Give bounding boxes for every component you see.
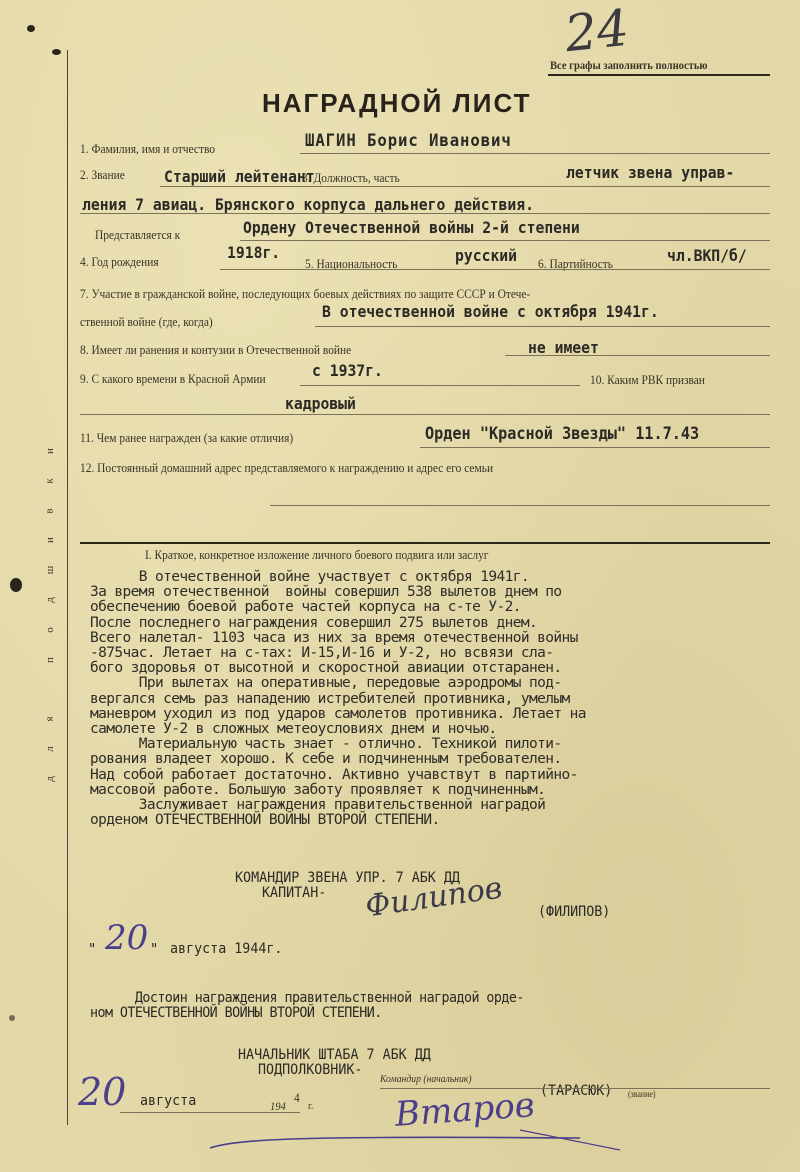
field-1-value-full-name: ШАГИН Борис Иванович [305,131,512,151]
field-1-line [300,153,770,154]
merit-line: вергался семь раз нападению истребителей… [90,692,780,707]
field-3-cont-line [80,213,770,214]
field-3-label: 3. Должность, часть [302,170,400,186]
field-8-line [505,355,770,356]
punch-hole [27,25,35,32]
field-8-label: 8. Имеет ли ранения и контузии в Отечест… [80,342,351,358]
field-9-label: 9. С какого времени в Красной Армии [80,371,266,387]
field-7-label-continued: ственной войне (где, когда) [80,314,213,330]
merit-line: После последнего награждения совершил 27… [90,616,780,631]
merit-line: орденом ОТЕЧЕСТВЕННОЙ ВОЙНЫ ВТОРОЙ СТЕПЕ… [90,813,780,828]
field-11-line [420,447,770,448]
notice-underline [548,74,770,76]
chief-of-staff-position: НАЧАЛЬНИК ШТАБА 7 АБК ДД [238,1047,431,1063]
award-sheet-page: иквишдоп ялд 24 Все графы заполнить полн… [0,0,800,1172]
field-11-value-prior-awards: Орден "Красной Звезды" 11.7.43 [425,424,699,443]
merit-line: Материальную часть знает - отлично. Техн… [90,737,780,752]
punch-hole [9,1015,15,1021]
section-1-heading: I. Краткое, конкретное изложение личного… [145,547,488,563]
commander-rank: КАПИТАН- [262,885,326,901]
merit-line: При вылетах на оперативные, передовые аэ… [90,676,780,691]
binding-margin-label: иквишдоп ялд [40,445,60,785]
merit-line: самолете У-2 в сложных метеоусловиях дне… [90,722,780,737]
field-9-value-army-since: с 1937г. [312,361,383,380]
field-2-label: 2. Звание [80,167,125,183]
page-number: 24 [562,0,631,63]
date-2-year-prefix: 194 [270,1099,286,1114]
field-3-value-position: летчик звена управ- [566,163,734,182]
conclusion-line: ном ОТЕЧЕСТВЕННОЙ ВОЙНЫ ВТОРОЙ СТЕПЕНИ. [90,1005,382,1021]
field-1-label: 1. Фамилия, имя и отчество [80,141,215,157]
section-divider [80,542,770,544]
punch-hole [52,49,61,55]
date-2-year-g: г. [308,1100,313,1112]
date-2-year-suffix: 4 [294,1090,300,1106]
chief-of-staff-name: (ТАРАСЮК) [540,1083,612,1099]
merit-line: обеспечению боевой работе частей корпуса… [90,600,780,615]
punch-hole [10,578,22,592]
presented-label: Представляется к [95,227,180,243]
field-7-value-war-participation: В отечественной войне с октября 1941г. [322,302,659,321]
field-12-label: 12. Постоянный домашний адрес представля… [80,460,493,476]
document-title: НАГРАДНОЙ ЛИСТ [262,88,531,119]
merit-line: маневром уходил из под ударов самолетов … [90,707,780,722]
merit-line: бого здоровья от высотной и скоростной а… [90,661,780,676]
date-1-open-quote: " [88,940,96,958]
commander-name: (ФИЛИПОВ) [538,904,610,920]
merit-description: В отечественной войне участвует с октябр… [90,570,780,828]
binding-margin-line [67,50,68,1125]
merit-line: рования владеет хорошо. К себе и подчине… [90,752,780,767]
signature-2-line [380,1088,770,1089]
merit-line: массовой работе. Большую заботу проявляе… [90,783,780,798]
field-11-label: 11. Чем ранее награжден (за какие отличи… [80,430,293,446]
merit-line: Всего налетал- 1103 часа из них за время… [90,631,780,646]
field-10-label: 10. Каким РВК призван [590,372,705,388]
date-1-close-quote: " [150,940,158,958]
presented-value-award: Ордену Отечественной войны 2-й степени [243,218,580,237]
field-4-label: 4. Год рождения [80,254,159,270]
merit-line: За время отечественной войны совершил 53… [90,585,780,600]
date-1-month-year: августа 1944г. [170,941,282,957]
signature-flourish [200,1120,640,1160]
field-9-line [300,385,580,386]
field-10-value-conscription: кадровый [285,394,356,413]
field-6-value-party: чл.ВКП/б/ [667,246,747,265]
field-2-value-rank: Старший лейтенант [164,167,315,186]
presented-line [240,240,770,241]
field-10-line [80,414,770,415]
date-2-month: августа [140,1093,196,1109]
field-5-value-nationality: русский [455,246,517,265]
field-4-6-line [220,269,770,270]
conclusion-line: Достоин награждения правительственной на… [90,990,524,1006]
merit-line: Над собой работает достаточно. Активно у… [90,768,780,783]
field-7-line [315,326,770,327]
chief-of-staff-rank: ПОДПОЛКОВНИК- [258,1062,362,1078]
rank-printed-hint: (звание) [628,1089,656,1099]
field-4-value-birth-year: 1918г. [227,243,280,262]
date-1-day: 20 [105,918,148,958]
commander-printed-label: Командир (начальник) [380,1073,472,1085]
field-2-3-line [160,186,770,187]
field-3-value-continued: ления 7 авиац. Брянского корпуса дальнег… [82,195,534,214]
date-2-day: 20 [78,1070,126,1114]
merit-line: Заслуживает награждения правительственно… [90,798,780,813]
field-7-label: 7. Участие в гражданской войне, последую… [80,286,530,302]
merit-line: -875час. Летает на с-тах: И-15,И-16 и У-… [90,646,780,661]
merit-line: В отечественной войне участвует с октябр… [90,570,780,585]
fill-all-fields-notice: Все графы заполнить полностью [550,58,707,73]
field-12-line [270,505,770,506]
